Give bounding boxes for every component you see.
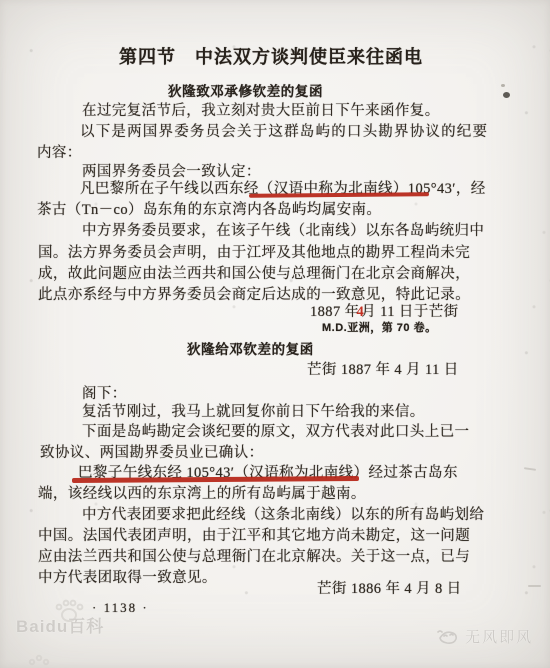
date-text: 1887 年: [310, 304, 360, 320]
date-line: 1887 年4月 11 日于芒街: [310, 300, 459, 321]
mascot-icon: [437, 628, 459, 645]
text-line: 中方代表团要求把此经线（这条北南线）以东的所有岛屿划给: [82, 503, 484, 524]
text-line: 应由法兰西共和国公使与总理衙门在北京解决。关于这一点，已与: [38, 545, 470, 566]
paw-icon: [54, 598, 84, 624]
brand-watermark: 无风即风: [437, 626, 533, 647]
scan-artifact: [528, 585, 541, 587]
text-line: 中国。法国代表团声明，由于江平和其它地方尚未勘定，这一问题: [38, 524, 470, 545]
text-line: 茶古（Tn－co）岛东角的东京湾内各岛屿均属安南。: [37, 198, 381, 219]
scan-artifact: [503, 92, 510, 98]
baidu-watermark: Baidu百科: [16, 612, 104, 637]
paw-icon: [26, 652, 52, 668]
citation: M.D.亚洲，第 70 卷。: [322, 319, 437, 335]
text-line: 复活节刚过，我马上就回复你前日下午给我的来信。: [82, 400, 425, 421]
letter2-title: 狄隆给邓钦差的复函: [187, 338, 314, 358]
brand-watermark-label: 无风即风: [465, 629, 533, 646]
text-line: 成，故此问题应由法兰西共和国公使与总理衙门在北京会商解决，: [38, 262, 470, 283]
document-text-layer: 第四节 中法双方谈判使臣来往函电 狄隆致邓承修钦差的复函 在过完复活节后，我立刻…: [0, 0, 550, 668]
date-line: 芒街 1886 年 4 月 8 日: [317, 577, 462, 598]
date-text: 月 11 日于芒街: [361, 304, 458, 320]
text-line: 内容：: [37, 141, 82, 162]
text-line: 在过完复活节后，我立刻对贵大臣前日下午来函作复。: [82, 99, 440, 120]
text-line: 致协议、两国勘界委员业已确认：: [40, 441, 264, 462]
scanned-document-page: 第四节 中法双方谈判使臣来往函电 狄隆致邓承修钦差的复函 在过完复活节后，我立刻…: [0, 0, 550, 668]
text-line: 端，该经线以西的东京湾上的所有岛屿属于越南。: [38, 482, 366, 503]
scan-artifact: [501, 84, 505, 87]
text-line: 下面是岛屿勘定会谈纪要的原文，双方代表对此口头上已一: [82, 420, 469, 441]
text-line: 国。法方界务委员会声明，由于江坪及其他地点的勘界工程尚未完: [38, 241, 470, 262]
page-title: 第四节 中法双方谈判使臣来往函电: [119, 43, 423, 69]
text-line: 中方代表团取得一致意见。: [38, 566, 217, 587]
text-line: 中方界务委员要求，在该子午线（北南线）以东各岛屿统归中: [82, 219, 484, 240]
date-line: 芒街 1887 年 4 月 11 日: [307, 358, 459, 379]
text-line: 以下是两国界委务员会关于这群岛屿的口头勘界协议的纪要: [80, 120, 488, 141]
letter1-title: 狄隆致邓承修钦差的复函: [168, 80, 323, 100]
